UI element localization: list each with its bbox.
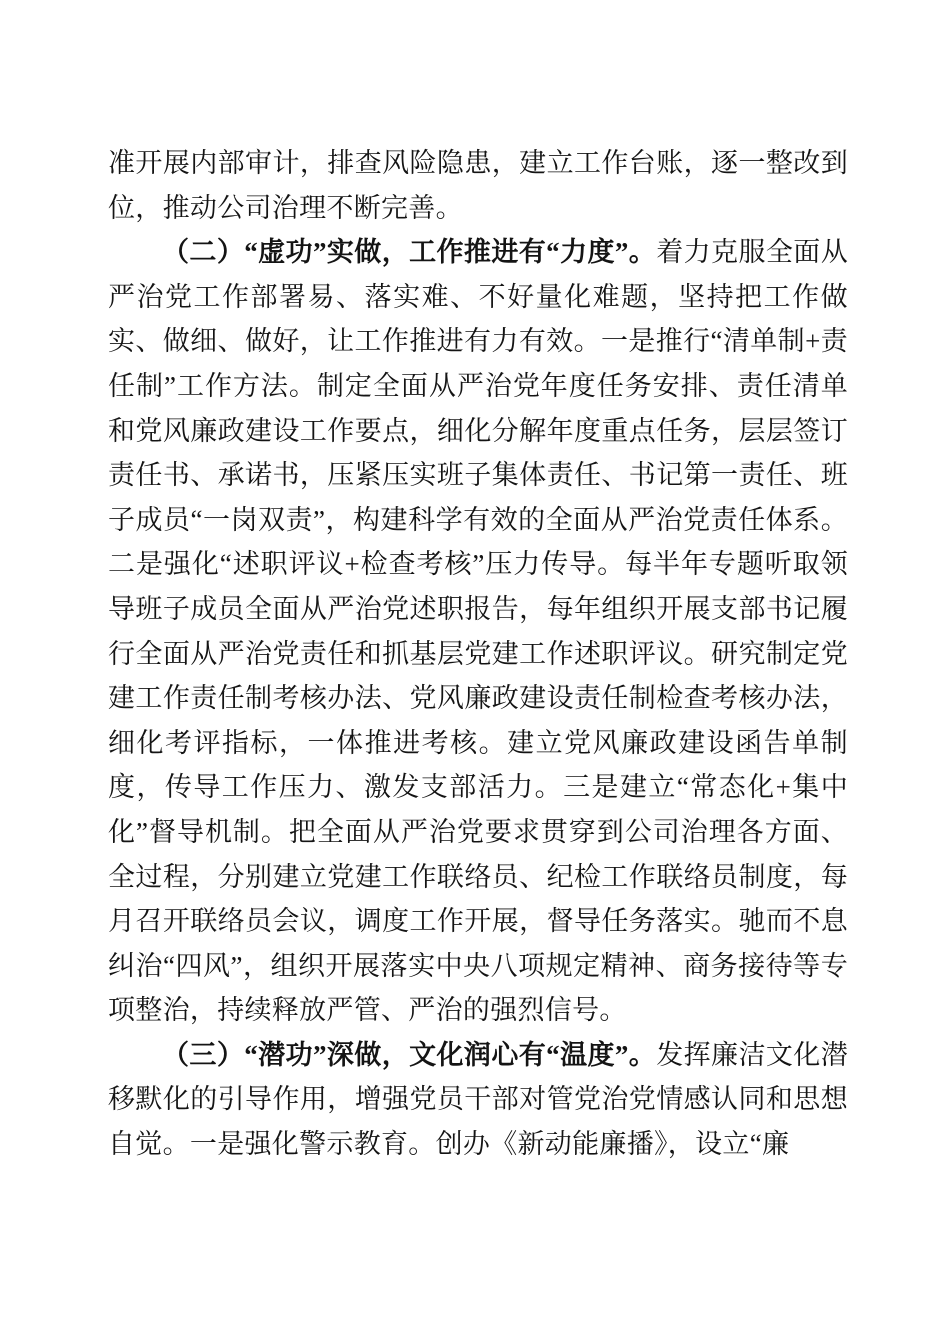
section-3-heading: （三）“潜功”深做，文化润心有“温度”。 — [162, 1040, 656, 1070]
paragraph-continuation-text: 准开展内部审计，排查风险隐患，建立工作台账，逐一整改到位，推动公司治理不断完善。 — [108, 148, 848, 223]
paragraph-section-2: （二）“虚功”实做，工作推进有“力度”。着力克服全面从严治党工作部署易、落实难、… — [108, 230, 848, 1033]
section-2-heading: （二）“虚功”实做，工作推进有“力度”。 — [162, 237, 656, 267]
paragraph-continuation: 准开展内部审计，排查风险隐患，建立工作台账，逐一整改到位，推动公司治理不断完善。 — [108, 141, 848, 230]
document-page: 准开展内部审计，排查风险隐患，建立工作台账，逐一整改到位，推动公司治理不断完善。… — [0, 0, 950, 1344]
section-2-body: 着力克服全面从严治党工作部署易、落实难、不好量化难题，坚持把工作做实、做细、做好… — [108, 237, 848, 1025]
paragraph-section-3: （三）“潜功”深做，文化润心有“温度”。发挥廉洁文化潜移默化的引导作用，增强党员… — [108, 1033, 848, 1167]
